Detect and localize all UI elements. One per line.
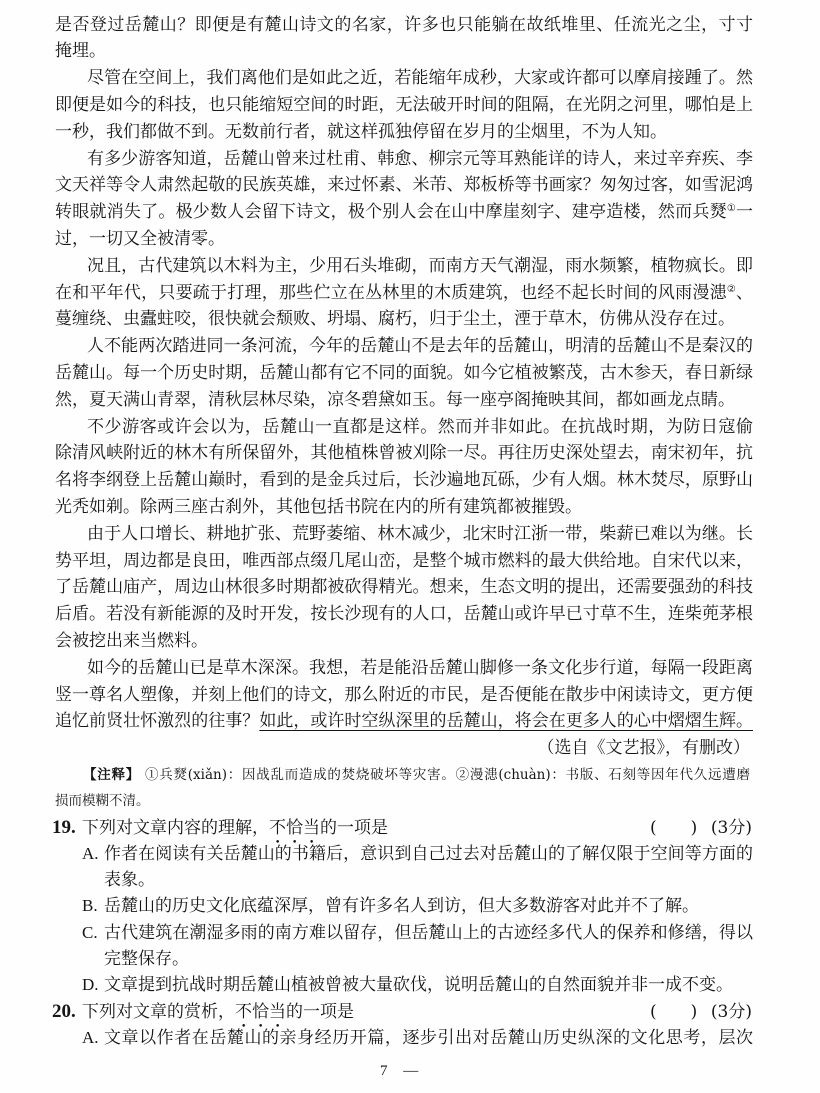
option-line: C.古代建筑在潮湿多雨的南方难以留存，但岳麓山上的古迹经多代人的保养和修缮，得以 bbox=[55, 920, 753, 946]
passage-line: 后盾。若没有新能源的及时开发，按长沙现有的人口，岳麓山或许早已寸草不生，连柴蔸茅… bbox=[55, 601, 753, 628]
paragraph: 不少游客或许会以为，岳麓山一直都是这样。然而并非如此。在抗战时期，为防日寇偷袭，… bbox=[55, 414, 753, 521]
option-label: A. bbox=[82, 1025, 99, 1051]
passage-line: 在和平年代，只要疏于打理，那些伫立在丛林里的木质建筑，也经不起长时间的风雨漫漶②… bbox=[55, 280, 753, 307]
line-text: 在和平年代，只要疏于打理，那些伫立在丛林里的木质建筑，也经不起长时间的风雨漫漶 bbox=[55, 283, 727, 303]
option-d: D.文章提到抗战时期岳麓山植被曾被大量砍伐，说明岳麓山的自然面貌并非一成不变。 bbox=[55, 972, 753, 998]
option-c: C.古代建筑在潮湿多雨的南方难以留存，但岳麓山上的古迹经多代人的保养和修缮，得以… bbox=[55, 920, 753, 973]
option-label: C. bbox=[82, 920, 98, 946]
passage-line: 有多少游客知道，岳麓山曾来过杜甫、韩愈、柳宗元等耳熟能详的诗人，来过辛弃疾、李纲… bbox=[55, 146, 753, 173]
passage-line: 势平坦，周边都是良田，唯西部点缀几尾山峦，是整个城市燃料的最大供给地。自宋代以来… bbox=[55, 548, 753, 575]
annotations: 【注释】 ①兵燹(xiǎn)：因战乱而造成的焚烧破坏等灾害。②漫漶(chuàn)… bbox=[55, 762, 753, 815]
paragraph: 有多少游客知道，岳麓山曾来过杜甫、韩愈、柳宗元等耳熟能详的诗人，来过辛弃疾、李纲… bbox=[55, 146, 753, 253]
prompt-text: 下列对文章的赏析， bbox=[82, 1002, 235, 1022]
paragraph: 人不能两次踏进同一条河流，今年的岳麓山不是去年的岳麓山，明清的岳麓山不是秦汉的 … bbox=[55, 333, 753, 413]
passage-line: 名将李纲登上岳麓山巅时，看到的是金兵过后，长沙遍地瓦砾，少有人烟。林木焚尽，原野… bbox=[55, 467, 753, 494]
emphasized-text: 不恰当 bbox=[269, 818, 320, 838]
question-number: 20. bbox=[52, 999, 76, 1025]
passage-line: 追忆前贤壮怀激烈的往事？如此，或许时空纵深里的岳麓山，将会在更多人的心中熠熠生辉… bbox=[55, 708, 753, 735]
passage-line: 由于人口增长、耕地扩张、荒野萎缩、林木减少，北宋时江浙一带，柴薪已难以为继。长沙… bbox=[55, 521, 753, 548]
note-text: ①兵燹(xiǎn)：因战乱而造成的焚烧破坏等灾害。②漫漶(chuàn)：书版、石… bbox=[145, 767, 750, 783]
exam-page: 是否登过岳麓山？即便是有麓山诗文的名家，许多也只能躺在故纸堆里、任流光之尘，寸寸… bbox=[0, 0, 820, 1093]
prompt-text: 下列对文章内容的理解， bbox=[82, 818, 269, 838]
paragraph: 况且，古代建筑以木料为主，少用石头堆砌，而南方天气潮湿，雨水频繁，植物疯长。即便… bbox=[55, 253, 753, 333]
line-text: 一 bbox=[736, 202, 753, 222]
notes-label: 【注释】 bbox=[83, 767, 140, 783]
paragraph: 尽管在空间上，我们离他们是如此之近，若能缩年成秒，大家或许都可以摩肩接踵了。然而… bbox=[55, 65, 753, 145]
question-19: 19. 下列对文章内容的理解，不恰当的一项是 ( ) (3分) A.作者在阅读有… bbox=[55, 815, 753, 999]
option-label: D. bbox=[82, 972, 99, 998]
passage-line: 况且，古代建筑以木料为主，少用石头堆砌，而南方天气潮湿，雨水频繁，植物疯长。即便… bbox=[55, 253, 753, 280]
passage-line: 是否登过岳麓山？即便是有麓山诗文的名家，许多也只能躺在故纸堆里、任流光之尘，寸寸 bbox=[55, 12, 753, 39]
note-line: 损而模糊不清。 bbox=[55, 788, 750, 814]
option-text: 文章以作者在岳麓山的亲身经历开篇，逐步引出对岳麓山历史纵深的文化思考，层次 bbox=[104, 1028, 753, 1048]
question-stem: 20. 下列对文章的赏析，不恰当的一项是 ( ) (3分) bbox=[55, 999, 753, 1025]
question-20: 20. 下列对文章的赏析，不恰当的一项是 ( ) (3分) A.文章以作者在岳麓… bbox=[55, 999, 753, 1052]
line-text: 追忆前贤壮怀激烈的往事？ bbox=[55, 711, 259, 731]
passage-line: 尽管在空间上，我们离他们是如此之近，若能缩年成秒，大家或许都可以摩肩接踵了。然而 bbox=[55, 65, 753, 92]
option-text: 文章提到抗战时期岳麓山植被曾被大量砍伐，说明岳麓山的自然面貌并非一成不变。 bbox=[104, 975, 733, 995]
option-line: 完整保存。 bbox=[55, 946, 753, 972]
question-number: 19. bbox=[52, 815, 76, 841]
passage-line: 过，一切又全被清零。 bbox=[55, 226, 753, 253]
question-points: (3分) bbox=[711, 999, 752, 1025]
paragraph: 由于人口增长、耕地扩张、荒野萎缩、林木减少，北宋时江浙一带，柴薪已难以为继。长沙… bbox=[55, 521, 753, 655]
passage-line: 然，夏天满山青翠，清秋层林尽染，凉冬碧黛如玉。每一座亭阁掩映其间，都如画龙点睛。 bbox=[55, 387, 753, 414]
question-points: (3分) bbox=[711, 815, 752, 841]
passage-line: 不少游客或许会以为，岳麓山一直都是这样。然而并非如此。在抗战时期，为防日寇偷袭， bbox=[55, 414, 753, 441]
prompt-text: 的一项是 bbox=[320, 818, 388, 838]
prompt-text: 的一项是 bbox=[286, 1002, 354, 1022]
note-line: 【注释】 ①兵燹(xiǎn)：因战乱而造成的焚烧破坏等灾害。②漫漶(chuàn)… bbox=[55, 762, 750, 788]
passage-line: 除清风峡附近的林木有所保留外，其他植株曾被刈除一尽。再往历史深处望去，南宋初年，… bbox=[55, 440, 753, 467]
footnote-ref-1: ① bbox=[727, 203, 736, 214]
passage-line: 即便是如今的科技，也只能缩短空间的时距，无法破开时间的阻隔，在光阴之河里，哪怕是… bbox=[55, 92, 753, 119]
option-text: 古代建筑在潮湿多雨的南方难以留存，但岳麓山上的古迹经多代人的保养和修缮，得以 bbox=[104, 923, 753, 943]
option-line: B.岳麓山的历史文化底蕴深厚，曾有许多名人到访，但大多数游客对此并不了解。 bbox=[55, 893, 753, 919]
passage-line: 竖一尊名人塑像，并刻上他们的诗文，那么附近的市民，是否便能在散步中闲读诗文，更方… bbox=[55, 682, 753, 709]
option-a: A.文章以作者在岳麓山的亲身经历开篇，逐步引出对岳麓山历史纵深的文化思考，层次 bbox=[55, 1025, 753, 1051]
paragraph: 如今的岳麓山已是草木深深。我想，若是能沿岳麓山脚修一条文化步行道，每隔一段距离 … bbox=[55, 655, 753, 735]
passage-line: 如今的岳麓山已是草木深深。我想，若是能沿岳麓山脚修一条文化步行道，每隔一段距离 bbox=[55, 655, 753, 682]
option-line: A.文章以作者在岳麓山的亲身经历开篇，逐步引出对岳麓山历史纵深的文化思考，层次 bbox=[55, 1025, 753, 1051]
passage-line: 人不能两次踏进同一条河流，今年的岳麓山不是去年的岳麓山，明清的岳麓山不是秦汉的 bbox=[55, 333, 753, 360]
footnote-ref-2: ② bbox=[727, 284, 736, 295]
paragraph: 是否登过岳麓山？即便是有麓山诗文的名家，许多也只能躺在故纸堆里、任流光之尘，寸寸… bbox=[55, 12, 753, 66]
page-number: 7 — bbox=[380, 1063, 424, 1080]
passage-line: 岳麓山。每一个历史时期，岳麓山都有它不同的面貌。如今它植被繁茂，古木参天，春日新… bbox=[55, 360, 753, 387]
answer-blank: ( ) bbox=[650, 815, 697, 841]
page-content: 是否登过岳麓山？即便是有麓山诗文的名家，许多也只能躺在故纸堆里、任流光之尘，寸寸… bbox=[55, 12, 753, 1052]
passage-line: 一秒，我们都做不到。无数前行者，就这样孤独停留在岁月的尘烟里，不为人知。 bbox=[55, 119, 753, 146]
option-text: 岳麓山的历史文化底蕴深厚，曾有许多名人到访，但大多数游客对此并不了解。 bbox=[104, 896, 699, 916]
passage-line: 会被挖出来当燃料。 bbox=[55, 628, 753, 655]
option-text: 作者在阅读有关岳麓山的书籍后，意识到自己过去对岳麓山的了解仅限于空间等方面的 bbox=[104, 844, 753, 864]
passage-line: 转眼就消失了。极少数人会留下诗文，极个别人会在山中摩崖刻字、建亭造楼，然而兵燹①… bbox=[55, 199, 753, 226]
question-stem: 19. 下列对文章内容的理解，不恰当的一项是 ( ) (3分) bbox=[55, 815, 753, 841]
passage-line: 了岳麓山庙产，周边山林很多时期都被砍得精光。想来，生态文明的提出，还需要强劲的科… bbox=[55, 574, 753, 601]
answer-blank: ( ) bbox=[650, 999, 697, 1025]
option-line: D.文章提到抗战时期岳麓山植被曾被大量砍伐，说明岳麓山的自然面貌并非一成不变。 bbox=[55, 972, 753, 998]
option-line: A.作者在阅读有关岳麓山的书籍后，意识到自己过去对岳麓山的了解仅限于空间等方面的 bbox=[55, 841, 753, 867]
option-b: B.岳麓山的历史文化底蕴深厚，曾有许多名人到访，但大多数游客对此并不了解。 bbox=[55, 893, 753, 919]
option-label: A. bbox=[82, 841, 99, 867]
underlined-sentence: 如此，或许时空纵深里的岳麓山，将会在更多人的心中熠熠生辉。 bbox=[259, 711, 753, 731]
passage-line: 蔓缠绕、虫蠹蛀咬，很快就会颓败、坍塌、腐朽，归于尘土，湮于草木，仿佛从没存在过。 bbox=[55, 306, 753, 333]
reading-passage: 是否登过岳麓山？即便是有麓山诗文的名家，许多也只能躺在故纸堆里、任流光之尘，寸寸… bbox=[55, 12, 753, 762]
option-label: B. bbox=[82, 893, 98, 919]
passage-line: 文天祥等令人肃然起敬的民族英雄，来过怀素、米芾、郑板桥等书画家？匆匆过客，如雪泥… bbox=[55, 172, 753, 199]
option-line: 表象。 bbox=[55, 867, 753, 893]
passage-line: 光秃如剃。除两三座古刹外，其他包括书院在内的所有建筑都被摧毁。 bbox=[55, 494, 753, 521]
line-text: 转眼就消失了。极少数人会留下诗文，极个别人会在山中摩崖刻字、建亭造楼，然而兵燹 bbox=[55, 202, 727, 222]
emphasized-text: 不恰当 bbox=[235, 1002, 286, 1022]
source-citation: （选自《文艺报》，有删改） bbox=[55, 735, 753, 762]
option-a: A.作者在阅读有关岳麓山的书籍后，意识到自己过去对岳麓山的了解仅限于空间等方面的… bbox=[55, 841, 753, 894]
passage-line: 掩埋。 bbox=[55, 38, 753, 65]
